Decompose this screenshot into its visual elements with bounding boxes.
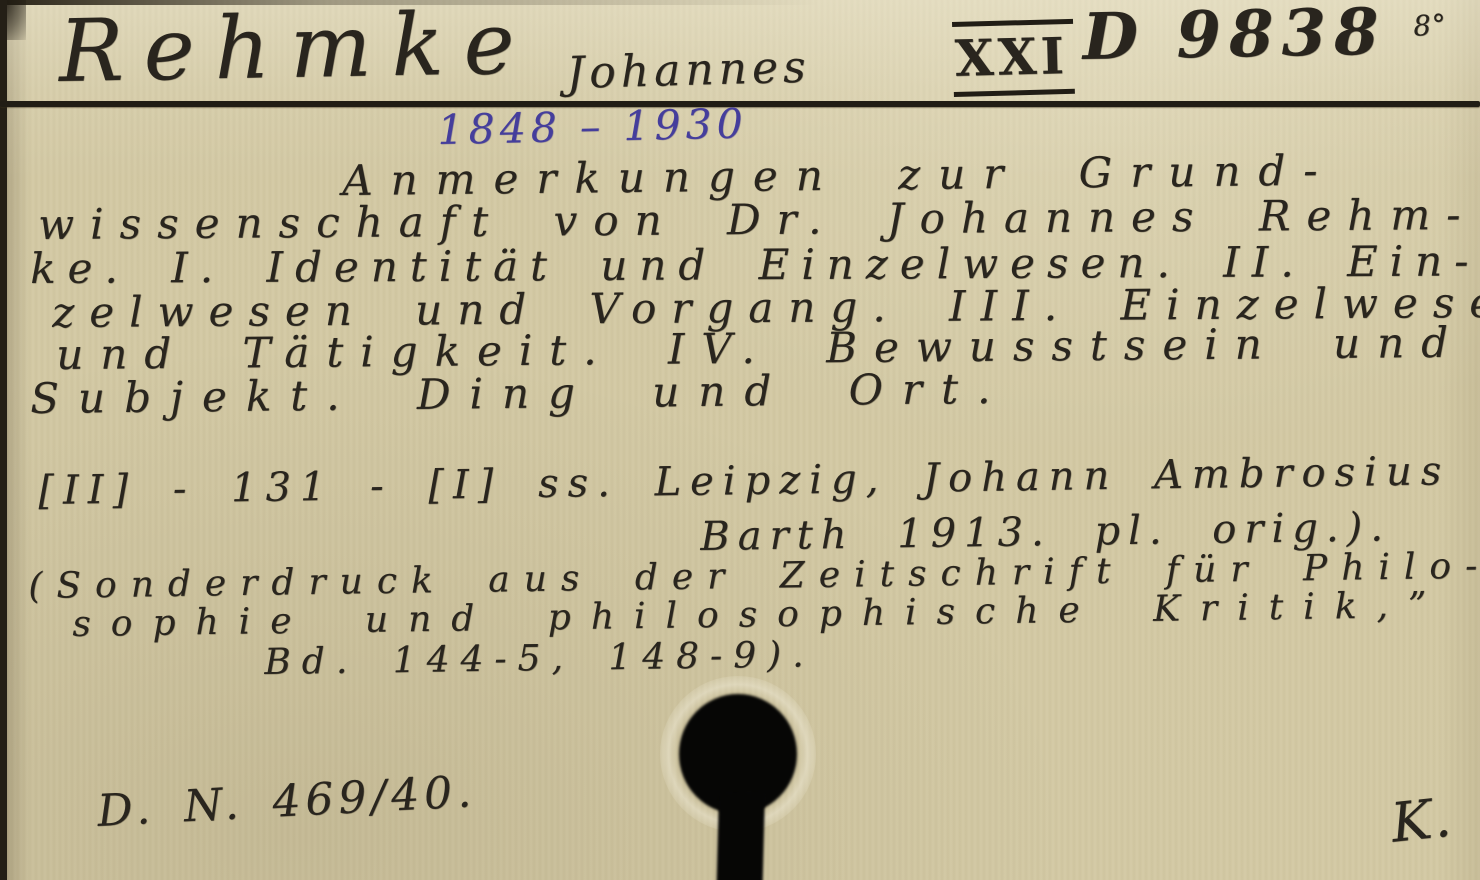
accession-number: D. N. 469/40. [96, 766, 477, 837]
author-life-dates: 1848 – 1930 [437, 100, 748, 154]
shelfmark-call-number: D 9838 [1082, 0, 1387, 75]
punch-hole-slot [717, 791, 765, 880]
shelfmark-series-roman: XXI [952, 19, 1075, 97]
cataloguer-initial: K. [1388, 786, 1456, 855]
catalog-card: Rehmke Johannes XXI D 9838 8° 1848 – 193… [0, 0, 1480, 880]
scan-edge-left [0, 0, 7, 880]
author-surname: Rehmke [58, 0, 535, 102]
author-forename: Johannes [566, 42, 811, 99]
title-line: Subjekt. Ding und Ort. [30, 364, 1010, 423]
imprint-line: [II] - 131 - [I] ss. Leipzig, Johann Amb… [38, 448, 1451, 514]
format-octavo-mark: 8° [1412, 8, 1448, 43]
